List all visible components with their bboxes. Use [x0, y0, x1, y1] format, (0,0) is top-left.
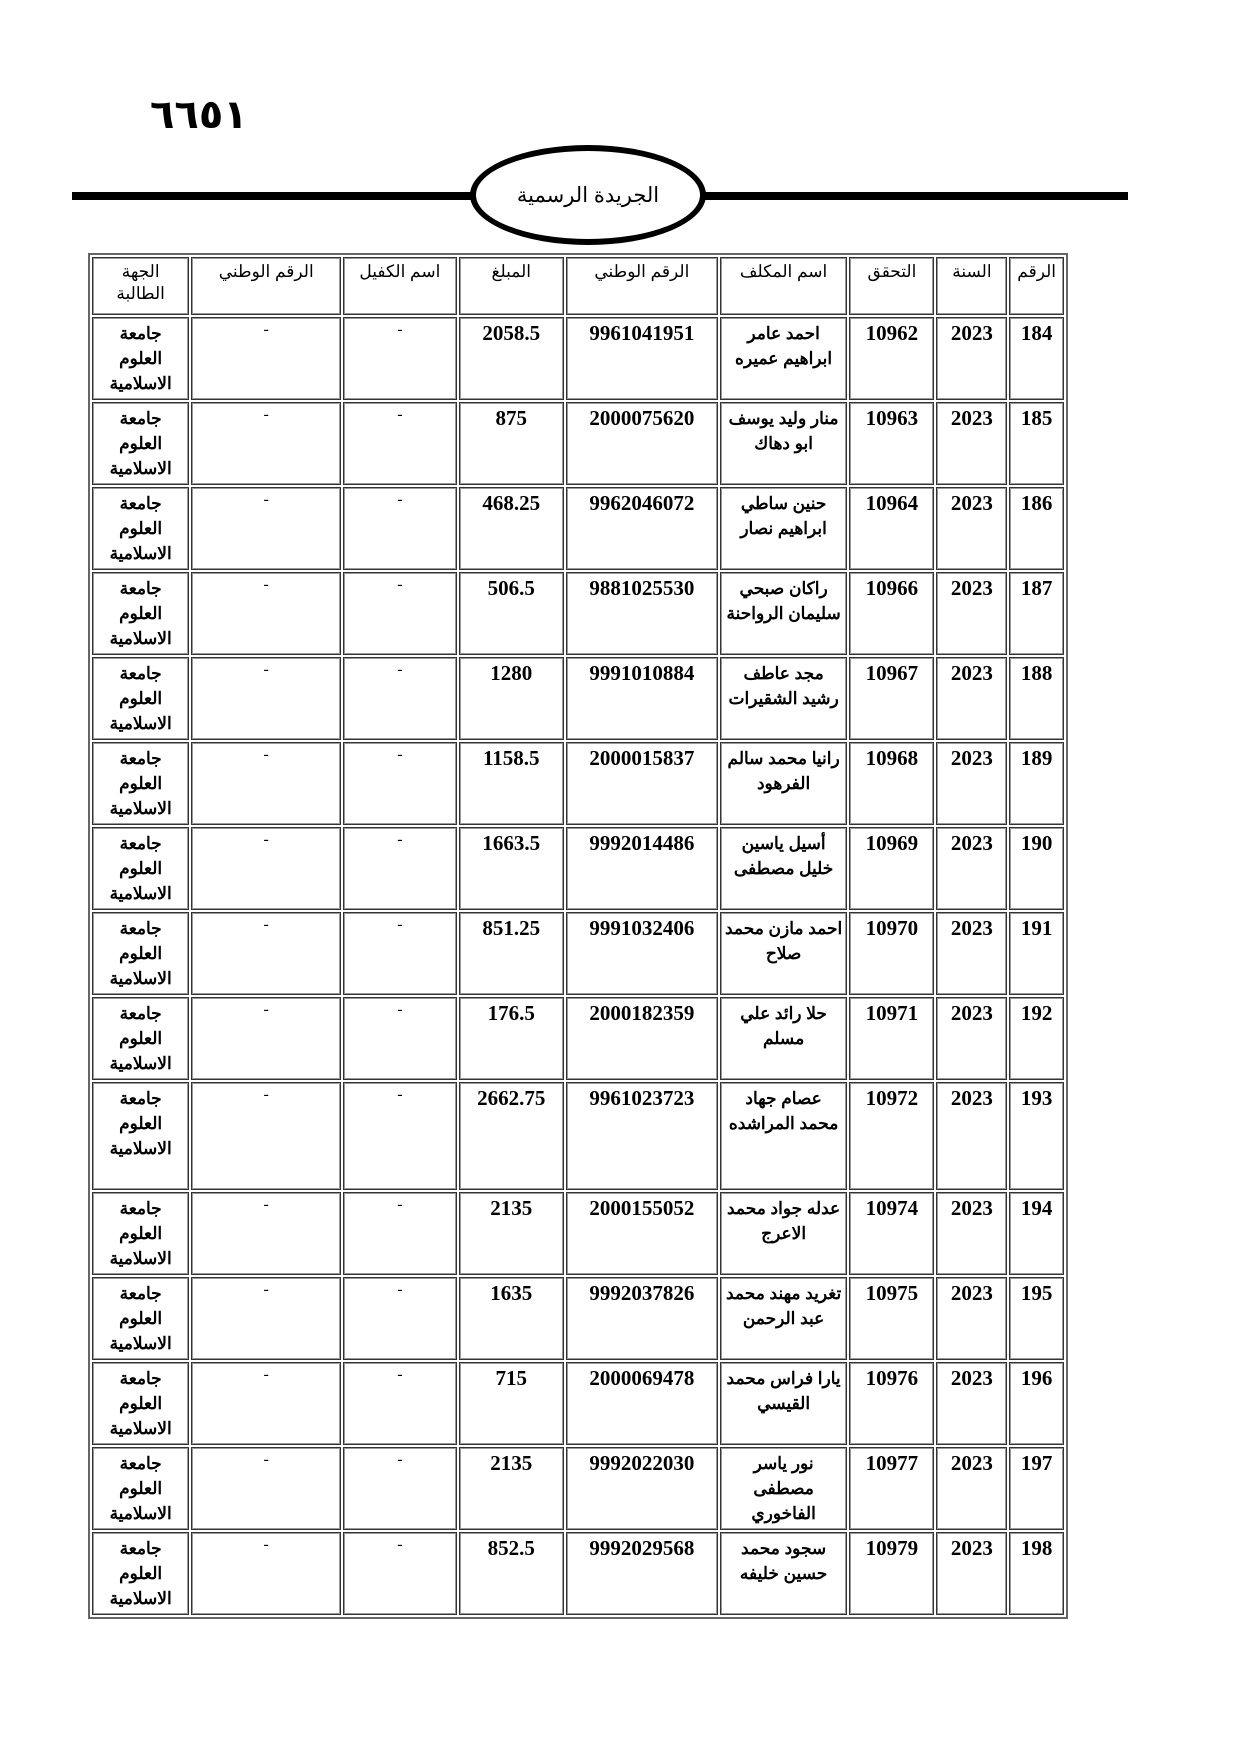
cell-national-id: 9992037826	[566, 1277, 718, 1360]
cell-year: 2023	[936, 402, 1007, 485]
cell-debtor-name: حلا رائد علي مسلم	[720, 997, 848, 1080]
cell-year: 2023	[936, 1447, 1007, 1530]
cell-guarantor-name: -	[343, 1447, 456, 1530]
cell-verification: 10977	[849, 1447, 934, 1530]
cell-year: 2023	[936, 742, 1007, 825]
cell-guarantor-name: -	[343, 997, 456, 1080]
header-verification: التحقق	[849, 257, 934, 315]
header-guarantor-name: اسم الكفيل	[343, 257, 456, 315]
cell-guarantor-national-id: -	[191, 1362, 341, 1445]
cell-guarantor-national-id: -	[191, 1277, 341, 1360]
table-row: 193202310972عصام جهاد محمد المراشده99610…	[92, 1082, 1064, 1190]
header-national-id: الرقم الوطني	[566, 257, 718, 315]
cell-guarantor-national-id: -	[191, 742, 341, 825]
cell-national-id: 9991010884	[566, 657, 718, 740]
cell-requesting-party: جامعة العلوم الاسلامية	[92, 1447, 189, 1530]
cell-row-no: 197	[1009, 1447, 1064, 1530]
table-row: 185202310963منار وليد يوسف ابو دهاك20000…	[92, 402, 1064, 485]
cell-verification: 10967	[849, 657, 934, 740]
cell-row-no: 198	[1009, 1532, 1064, 1615]
cell-row-no: 192	[1009, 997, 1064, 1080]
cell-requesting-party: جامعة العلوم الاسلامية	[92, 402, 189, 485]
table-row: 196202310976يارا فراس محمد القيسي2000069…	[92, 1362, 1064, 1445]
table-body: 184202310962احمد عامر ابراهيم عميره99610…	[92, 317, 1064, 1615]
cell-verification: 10976	[849, 1362, 934, 1445]
cell-amount: 1280	[459, 657, 564, 740]
cell-year: 2023	[936, 487, 1007, 570]
cell-amount: 875	[459, 402, 564, 485]
cell-debtor-name: راكان صبحي سليمان الرواحنة	[720, 572, 848, 655]
cell-debtor-name: منار وليد يوسف ابو دهاك	[720, 402, 848, 485]
cell-guarantor-national-id: -	[191, 317, 341, 400]
cell-amount: 715	[459, 1362, 564, 1445]
cell-national-id: 9961041951	[566, 317, 718, 400]
cell-guarantor-national-id: -	[191, 1082, 341, 1190]
cell-guarantor-national-id: -	[191, 402, 341, 485]
cell-verification: 10962	[849, 317, 934, 400]
cell-verification: 10966	[849, 572, 934, 655]
table-row: 187202310966راكان صبحي سليمان الرواحنة98…	[92, 572, 1064, 655]
gazette-title: الجريدة الرسمية	[517, 183, 659, 208]
table-row: 192202310971حلا رائد علي مسلم20001823591…	[92, 997, 1064, 1080]
cell-row-no: 195	[1009, 1277, 1064, 1360]
cell-guarantor-name: -	[343, 827, 456, 910]
table-row: 198202310979سجود محمد حسين خليفه99920295…	[92, 1532, 1064, 1615]
header-rule-left	[72, 192, 472, 200]
cell-amount: 2135	[459, 1192, 564, 1275]
cell-requesting-party: جامعة العلوم الاسلامية	[92, 572, 189, 655]
cell-verification: 10971	[849, 997, 934, 1080]
header-row-no: الرقم	[1009, 257, 1064, 315]
cell-row-no: 193	[1009, 1082, 1064, 1190]
cell-national-id: 2000075620	[566, 402, 718, 485]
cell-national-id: 2000155052	[566, 1192, 718, 1275]
cell-year: 2023	[936, 317, 1007, 400]
cell-requesting-party: جامعة العلوم الاسلامية	[92, 1362, 189, 1445]
cell-national-id: 2000069478	[566, 1362, 718, 1445]
cell-row-no: 191	[1009, 912, 1064, 995]
cell-amount: 1158.5	[459, 742, 564, 825]
cell-debtor-name: تغريد مهند محمد عبد الرحمن	[720, 1277, 848, 1360]
cell-amount: 468.25	[459, 487, 564, 570]
cell-requesting-party: جامعة العلوم الاسلامية	[92, 912, 189, 995]
cell-guarantor-name: -	[343, 1082, 456, 1190]
cell-debtor-name: أسيل ياسين خليل مصطفى	[720, 827, 848, 910]
cell-guarantor-national-id: -	[191, 997, 341, 1080]
cell-national-id: 9962046072	[566, 487, 718, 570]
cell-guarantor-name: -	[343, 402, 456, 485]
cell-year: 2023	[936, 1082, 1007, 1190]
cell-debtor-name: رانيا محمد سالم الفرهود	[720, 742, 848, 825]
cell-year: 2023	[936, 1277, 1007, 1360]
cell-verification: 10975	[849, 1277, 934, 1360]
cell-row-no: 184	[1009, 317, 1064, 400]
cell-debtor-name: عدله جواد محمد الاعرج	[720, 1192, 848, 1275]
table-row: 195202310975تغريد مهند محمد عبد الرحمن99…	[92, 1277, 1064, 1360]
cell-guarantor-name: -	[343, 1192, 456, 1275]
table-row: 184202310962احمد عامر ابراهيم عميره99610…	[92, 317, 1064, 400]
cell-debtor-name: سجود محمد حسين خليفه	[720, 1532, 848, 1615]
cell-guarantor-national-id: -	[191, 827, 341, 910]
cell-amount: 1663.5	[459, 827, 564, 910]
cell-guarantor-name: -	[343, 572, 456, 655]
table-row: 190202310969أسيل ياسين خليل مصطفى9992014…	[92, 827, 1064, 910]
cell-requesting-party: جامعة العلوم الاسلامية	[92, 742, 189, 825]
cell-requesting-party: جامعة العلوم الاسلامية	[92, 1082, 189, 1190]
cell-year: 2023	[936, 1362, 1007, 1445]
cell-national-id: 9991032406	[566, 912, 718, 995]
cell-debtor-name: يارا فراس محمد القيسي	[720, 1362, 848, 1445]
header-debtor-name: اسم المكلف	[720, 257, 848, 315]
cell-year: 2023	[936, 572, 1007, 655]
cell-verification: 10968	[849, 742, 934, 825]
cell-row-no: 186	[1009, 487, 1064, 570]
cell-guarantor-name: -	[343, 657, 456, 740]
cell-year: 2023	[936, 657, 1007, 740]
cell-national-id: 9992022030	[566, 1447, 718, 1530]
cell-requesting-party: جامعة العلوم الاسلامية	[92, 317, 189, 400]
cell-guarantor-national-id: -	[191, 572, 341, 655]
table-header-row: الرقم السنة التحقق اسم المكلف الرقم الوط…	[92, 257, 1064, 315]
table-row: 191202310970احمد مازن محمد صلاح999103240…	[92, 912, 1064, 995]
cell-amount: 2135	[459, 1447, 564, 1530]
cell-guarantor-national-id: -	[191, 487, 341, 570]
cell-guarantor-name: -	[343, 487, 456, 570]
table-row: 197202310977نور ياسر مصطفى الفاخوري99920…	[92, 1447, 1064, 1530]
cell-guarantor-name: -	[343, 317, 456, 400]
cell-guarantor-name: -	[343, 1362, 456, 1445]
cell-verification: 10974	[849, 1192, 934, 1275]
cell-verification: 10979	[849, 1532, 934, 1615]
cell-requesting-party: جامعة العلوم الاسلامية	[92, 827, 189, 910]
cell-requesting-party: جامعة العلوم الاسلامية	[92, 487, 189, 570]
cell-guarantor-national-id: -	[191, 1447, 341, 1530]
cell-requesting-party: جامعة العلوم الاسلامية	[92, 1192, 189, 1275]
cell-verification: 10969	[849, 827, 934, 910]
cell-verification: 10970	[849, 912, 934, 995]
cell-debtor-name: نور ياسر مصطفى الفاخوري	[720, 1447, 848, 1530]
cell-guarantor-national-id: -	[191, 912, 341, 995]
header-oval: الجريدة الرسمية	[470, 145, 706, 245]
cell-amount: 1635	[459, 1277, 564, 1360]
table-row: 188202310967مجد عاطف رشيد الشقيرات999101…	[92, 657, 1064, 740]
cell-guarantor-name: -	[343, 1532, 456, 1615]
table-row: 194202310974عدله جواد محمد الاعرج2000155…	[92, 1192, 1064, 1275]
header-rule-right	[700, 192, 1128, 200]
cell-row-no: 194	[1009, 1192, 1064, 1275]
cell-row-no: 196	[1009, 1362, 1064, 1445]
cell-guarantor-name: -	[343, 1277, 456, 1360]
cell-national-id: 9881025530	[566, 572, 718, 655]
cell-guarantor-national-id: -	[191, 1532, 341, 1615]
cell-national-id: 2000015837	[566, 742, 718, 825]
cell-row-no: 190	[1009, 827, 1064, 910]
cell-national-id: 2000182359	[566, 997, 718, 1080]
cell-year: 2023	[936, 912, 1007, 995]
cell-amount: 506.5	[459, 572, 564, 655]
cell-row-no: 187	[1009, 572, 1064, 655]
cell-guarantor-national-id: -	[191, 1192, 341, 1275]
cell-verification: 10964	[849, 487, 934, 570]
table-row: 189202310968رانيا محمد سالم الفرهود20000…	[92, 742, 1064, 825]
cell-requesting-party: جامعة العلوم الاسلامية	[92, 1277, 189, 1360]
header-year: السنة	[936, 257, 1007, 315]
cell-requesting-party: جامعة العلوم الاسلامية	[92, 997, 189, 1080]
cell-year: 2023	[936, 997, 1007, 1080]
cell-amount: 176.5	[459, 997, 564, 1080]
cell-national-id: 9961023723	[566, 1082, 718, 1190]
page-number: ٦٦٥١	[150, 92, 248, 138]
header-requesting-party: الجهة الطالبة	[92, 257, 189, 315]
cell-guarantor-national-id: -	[191, 657, 341, 740]
cell-guarantor-name: -	[343, 742, 456, 825]
cell-amount: 852.5	[459, 1532, 564, 1615]
cell-row-no: 185	[1009, 402, 1064, 485]
header-guarantor-national-id: الرقم الوطني	[191, 257, 341, 315]
cell-requesting-party: جامعة العلوم الاسلامية	[92, 657, 189, 740]
cell-debtor-name: احمد مازن محمد صلاح	[720, 912, 848, 995]
cell-verification: 10972	[849, 1082, 934, 1190]
cell-year: 2023	[936, 827, 1007, 910]
cell-year: 2023	[936, 1192, 1007, 1275]
cell-verification: 10963	[849, 402, 934, 485]
cell-amount: 851.25	[459, 912, 564, 995]
cell-year: 2023	[936, 1532, 1007, 1615]
cell-national-id: 9992029568	[566, 1532, 718, 1615]
header-amount: المبلغ	[459, 257, 564, 315]
table-row: 186202310964حنين ساطي ابراهيم نصار996204…	[92, 487, 1064, 570]
cell-amount: 2058.5	[459, 317, 564, 400]
cell-requesting-party: جامعة العلوم الاسلامية	[92, 1532, 189, 1615]
cell-debtor-name: احمد عامر ابراهيم عميره	[720, 317, 848, 400]
debtors-table: الرقم السنة التحقق اسم المكلف الرقم الوط…	[88, 253, 1068, 1619]
cell-national-id: 9992014486	[566, 827, 718, 910]
cell-debtor-name: عصام جهاد محمد المراشده	[720, 1082, 848, 1190]
cell-amount: 2662.75	[459, 1082, 564, 1190]
cell-row-no: 188	[1009, 657, 1064, 740]
cell-debtor-name: مجد عاطف رشيد الشقيرات	[720, 657, 848, 740]
cell-guarantor-name: -	[343, 912, 456, 995]
cell-debtor-name: حنين ساطي ابراهيم نصار	[720, 487, 848, 570]
cell-row-no: 189	[1009, 742, 1064, 825]
